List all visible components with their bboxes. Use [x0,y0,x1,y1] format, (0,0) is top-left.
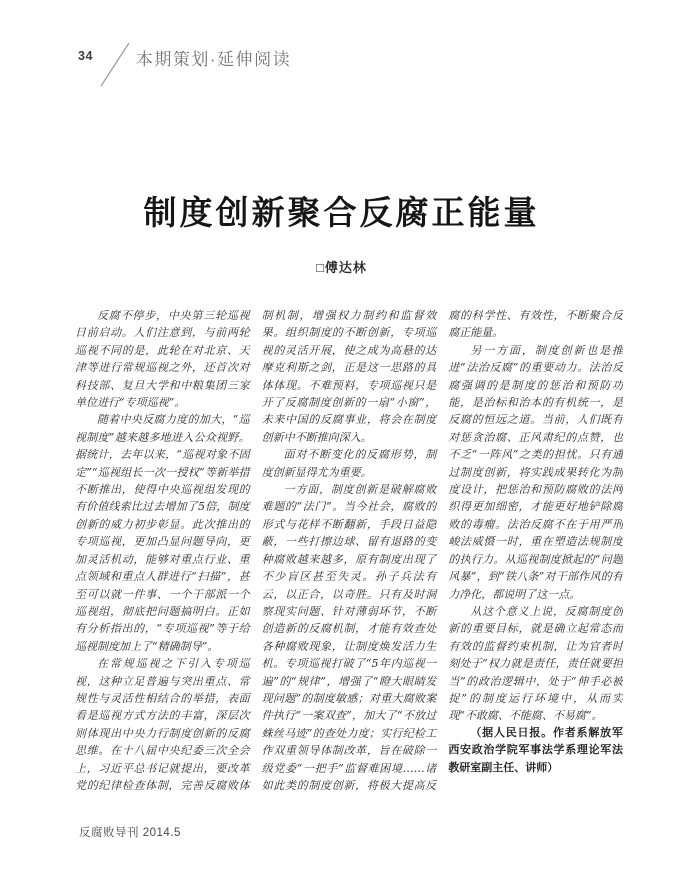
article-paragraph: 随着中央反腐力度的加大，“巡视制度”越来越多地进入公众视野。据统计，去年以来，“… [75,411,250,655]
magazine-page: 34 本期策划·延伸阅读 制度创新聚合反腐正能量 □傅达林 反腐不停步，中央第三… [0,0,683,878]
article-paragraph: 从这个意义上说，反腐制度创新的重要目标，就是确立起常态而有效的监督约束机制，让为… [448,603,623,725]
page-header: 34 本期策划·延伸阅读 [78,40,291,90]
article-source-note: （据人民日报。作者系解放军西安政治学院军事法学系理论军法教研室副主任、讲师） [448,725,623,777]
article-body: 反腐不停步，中央第三轮巡视日前启动。人们注意到，与前两轮巡视不同的是，此轮在对北… [75,307,623,797]
slash-divider-icon [98,40,132,88]
article-author: □傅达林 [0,257,683,276]
article-paragraph: 另一方面，制度创新也是推进“法治反腐”的重要动力。法治反腐强调的是制度的惩治和预… [448,342,623,603]
page-number: 34 [78,49,93,63]
article-title: 制度创新聚合反腐正能量 [0,187,683,234]
journal-footer: 反腐败导刊 2014.5 [79,824,181,840]
article-paragraph: 反腐不停步，中央第三轮巡视日前启动。人们注意到，与前两轮巡视不同的是，此轮在对北… [75,307,250,411]
section-label: 本期策划·延伸阅读 [136,45,291,70]
article-paragraph: 面对不断变化的反腐形势，制度创新显得尤为重要。 [262,446,437,481]
